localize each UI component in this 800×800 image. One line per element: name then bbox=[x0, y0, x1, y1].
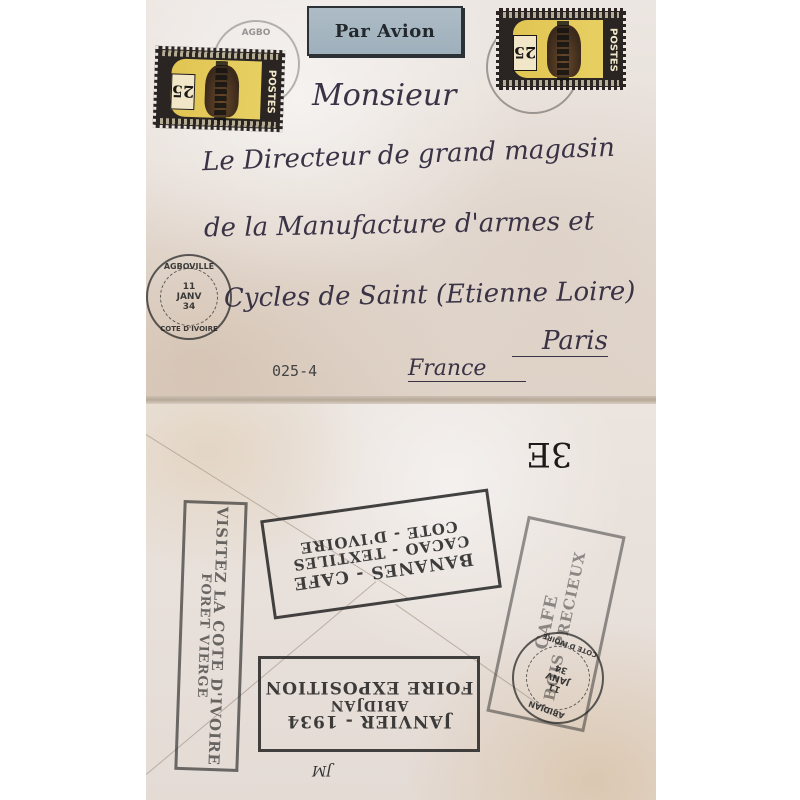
stamp-border-bottom bbox=[160, 118, 276, 128]
envelope-back: 3E BANANES - CAFE CACAO - TEXTILES COTE … bbox=[146, 404, 656, 800]
stamp-border-top bbox=[162, 50, 278, 60]
stamp-value: 25 bbox=[513, 35, 537, 71]
handwritten-mark: 3E bbox=[526, 434, 572, 474]
envelope-cover: AGBO Par Avion 25 POSTES 25 POSTES Monsi… bbox=[146, 0, 656, 800]
stamp-border-top bbox=[503, 12, 619, 18]
stamp-inscription: POSTES bbox=[605, 19, 621, 81]
address-line-5: Paris bbox=[512, 326, 608, 357]
stamp-right: 25 POSTES bbox=[496, 8, 626, 90]
stamp-border-bottom bbox=[503, 80, 619, 86]
reference-number: 025-4 bbox=[272, 362, 317, 380]
cachet-visitez-cote-divoire: VISITEZ LA COTE D'IVOIRE FORET VIERGE bbox=[174, 500, 247, 772]
address-line-3: de la Manufacture d'armes et bbox=[204, 207, 595, 244]
stamp-inscription: POSTES bbox=[262, 61, 280, 124]
envelope-fold bbox=[146, 396, 656, 404]
address-line-6: France bbox=[408, 356, 526, 382]
address-line-1: Monsieur bbox=[312, 78, 457, 113]
address-line-4: Cycles de Saint (Etienne Loire) bbox=[224, 276, 636, 313]
bottom-initials: JM bbox=[312, 762, 332, 778]
stamp-overprint bbox=[557, 21, 569, 81]
airmail-label-text: Par Avion bbox=[335, 21, 436, 42]
postmark-inner-ring bbox=[160, 268, 218, 326]
address-line-2: Le Directeur de grand magasin bbox=[202, 133, 616, 177]
stamp-value: 25 bbox=[170, 73, 195, 110]
envelope-front: AGBO Par Avion 25 POSTES 25 POSTES Monsi… bbox=[146, 0, 656, 398]
stamp-overprint bbox=[214, 61, 228, 121]
postmark-agboville: AGBOVILLE 11 JANV 34 COTE D'IVOIRE bbox=[146, 254, 232, 340]
par-avion-label: Par Avion bbox=[307, 6, 463, 56]
stamp-left: 25 POSTES bbox=[153, 46, 286, 132]
cachet-foire-exposition: JANVIER - 1934 ABIDJAN FOIRE EXPOSITION bbox=[258, 656, 480, 752]
cachet-bananes-cafe: BANANES - CAFE CACAO - TEXTILES COTE - D… bbox=[260, 488, 502, 619]
